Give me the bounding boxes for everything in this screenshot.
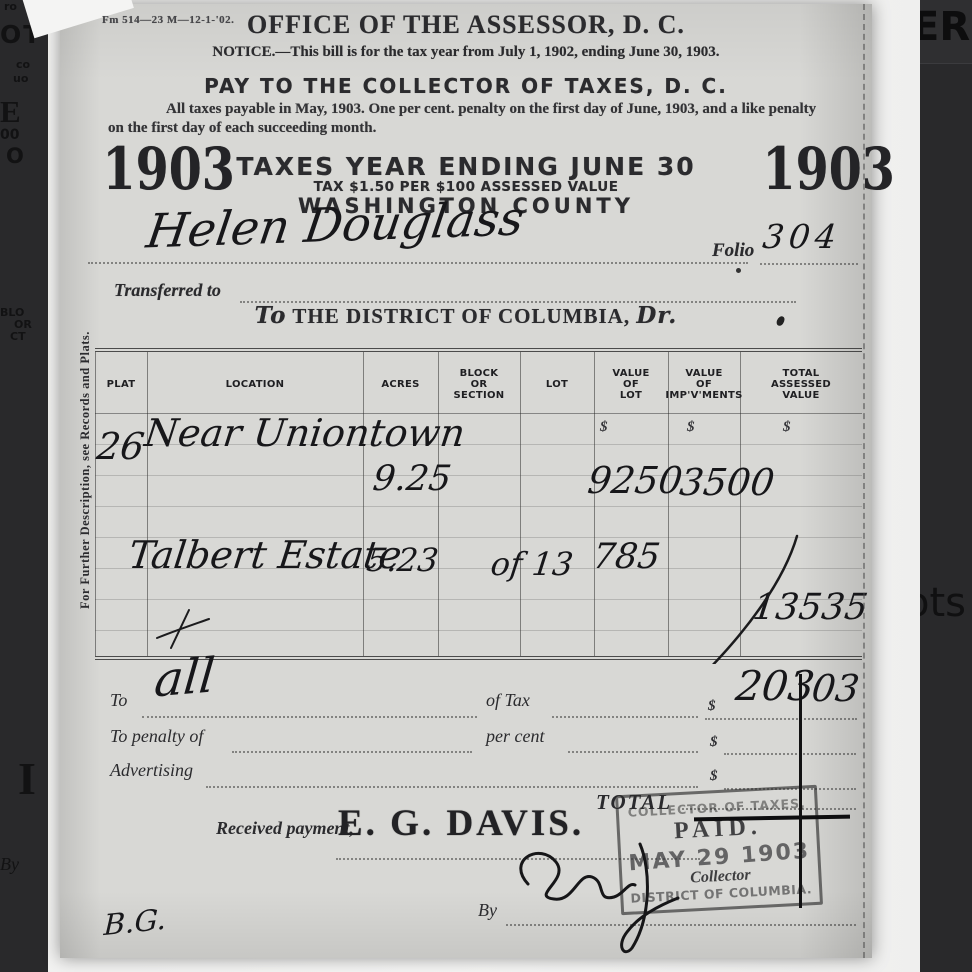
office-title: OFFICE OF THE ASSESSOR, D. C. xyxy=(100,10,832,40)
debtor-prefix: To xyxy=(255,302,287,329)
dotted-line xyxy=(705,718,857,720)
document-viewer-screen: ER R ots ro OT co uo E 00 O BLO OR CT I … xyxy=(0,0,972,972)
dollar-sign: $ xyxy=(710,734,718,751)
dotted-line xyxy=(724,753,856,755)
background-left-fragment: ro xyxy=(4,0,17,13)
debtor-line: To THE DISTRICT OF COLUMBIA, Dr. xyxy=(100,302,832,329)
tax-amount-cents: 03 xyxy=(810,670,862,707)
taxpayer-name-handwritten: Helen Douglass xyxy=(144,195,527,255)
background-left-fragment: 00 xyxy=(0,127,19,143)
transferred-label: Transferred to xyxy=(114,280,221,301)
background-left-fragment: By xyxy=(0,854,19,875)
collector-signature xyxy=(488,826,698,958)
to-label: To xyxy=(110,690,127,711)
per-cent-label: per cent xyxy=(486,726,544,747)
background-headline-fragment: ER R xyxy=(912,4,972,50)
dotted-line xyxy=(552,716,698,718)
background-left-fragment: CT xyxy=(10,330,26,343)
dotted-line xyxy=(142,716,477,718)
name-dotted-line xyxy=(88,262,748,264)
payable-note: All taxes payable in May, 1903. One per … xyxy=(108,100,832,138)
tax-bill-document: Fm 514—23 M—12-1-'02. OFFICE OF THE ASSE… xyxy=(60,4,872,958)
notice-line: NOTICE.—This bill is for the tax year fr… xyxy=(100,44,832,61)
background-left-fragment: uo xyxy=(13,72,28,85)
dotted-line xyxy=(568,751,698,753)
clerk-initials-handwritten: B.G. xyxy=(103,905,166,940)
pay-to-line: PAY TO THE COLLECTOR OF TAXES, D. C. xyxy=(100,74,832,98)
penalty-label: To penalty of xyxy=(110,726,203,747)
dollar-sign: $ xyxy=(708,698,716,715)
background-left-fragment: co xyxy=(16,58,30,71)
pen-strokes xyxy=(95,352,862,664)
background-left-fragment: E xyxy=(0,94,21,130)
of-tax-label: of Tax xyxy=(486,690,530,711)
side-note-vertical: For Further Description, see Records and… xyxy=(78,274,93,666)
folio-label: Folio xyxy=(712,240,754,262)
dotted-line xyxy=(206,786,698,788)
dollar-sign: $ xyxy=(710,768,718,785)
received-payment-label: Received payment, xyxy=(216,818,354,839)
background-divider-line xyxy=(918,63,972,64)
dotted-line xyxy=(232,751,472,753)
debtor-suffix: Dr. xyxy=(636,302,677,329)
perforation-line xyxy=(863,4,865,958)
debtor-main: THE DISTRICT OF COLUMBIA, xyxy=(287,304,637,328)
background-left-fragment: I xyxy=(18,752,36,805)
folio-value-handwritten: 304 xyxy=(761,220,843,253)
tax-amount-dollars: 203 xyxy=(733,666,816,707)
assessment-table: PLAT LOCATION ACRES BLOCK OR SECTION LOT… xyxy=(95,348,862,660)
taxes-banner: TAXES YEAR ENDING JUNE 30 xyxy=(100,152,832,181)
advertising-label: Advertising xyxy=(110,760,193,781)
folio-dotted-line xyxy=(760,263,858,265)
heavy-pen-line-vertical xyxy=(799,674,802,908)
ink-blot xyxy=(736,268,741,273)
background-left-fragment: O xyxy=(6,144,24,168)
